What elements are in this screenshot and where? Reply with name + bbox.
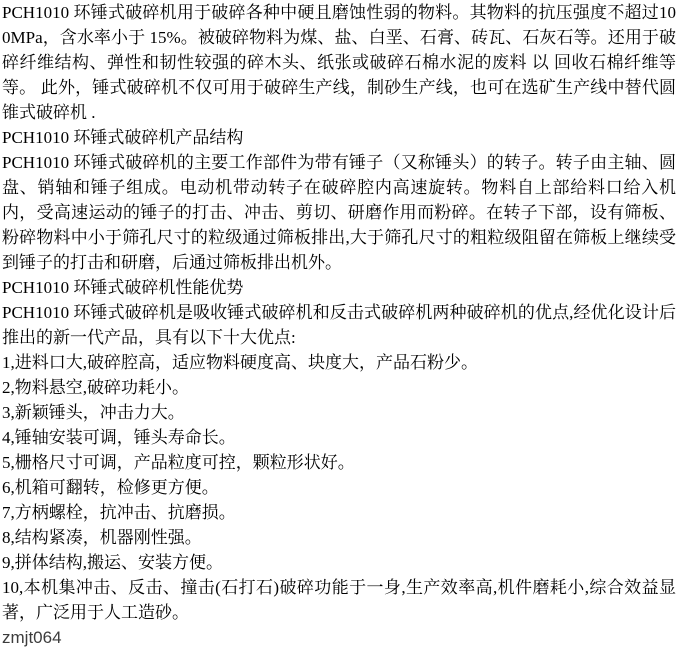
advantage-item-3: 3,新颖锤头，冲击力大。: [2, 400, 676, 425]
structure-section-heading: PCH1010 环锤式破碎机产品结构: [2, 125, 676, 150]
footer-code: zmjt064: [2, 625, 676, 650]
advantage-item-9: 9,拼体结构,搬运、安装方便。: [2, 550, 676, 575]
intro-paragraph: PCH1010 环锤式破碎机用于破碎各种中硬且磨蚀性弱的物料。其物料的抗压强度不…: [2, 0, 676, 125]
advantage-item-5: 5,栅格尺寸可调，产品粒度可控，颗粒形状好。: [2, 450, 676, 475]
advantage-item-4: 4,锤轴安装可调，锤头寿命长。: [2, 425, 676, 450]
document-page: PCH1010 环锤式破碎机用于破碎各种中硬且磨蚀性弱的物料。其物料的抗压强度不…: [0, 0, 684, 650]
advantage-item-8: 8,结构紧凑，机器刚性强。: [2, 525, 676, 550]
advantage-item-10: 10,本机集冲击、反击、撞击(石打石)破碎功能于一身,生产效率高,机件磨耗小,综…: [2, 575, 676, 625]
advantages-intro-paragraph: PCH1010 环锤式破碎机是吸收锤式破碎机和反击式破碎机两种破碎机的优点,经优…: [2, 300, 676, 350]
structure-section-paragraph: PCH1010 环锤式破碎机的主要工作部件为带有锤子（又称锤头）的转子。转子由主…: [2, 150, 676, 275]
advantage-item-2: 2,物料悬空,破碎功耗小。: [2, 375, 676, 400]
advantage-item-7: 7,方柄螺栓，抗冲击、抗磨损。: [2, 500, 676, 525]
advantages-section-heading: PCH1010 环锤式破碎机性能优势: [2, 275, 676, 300]
advantage-item-6: 6,机箱可翻转，检修更方便。: [2, 475, 676, 500]
advantage-item-1: 1,进料口大,破碎腔高，适应物料硬度高、块度大，产品石粉少。: [2, 350, 676, 375]
